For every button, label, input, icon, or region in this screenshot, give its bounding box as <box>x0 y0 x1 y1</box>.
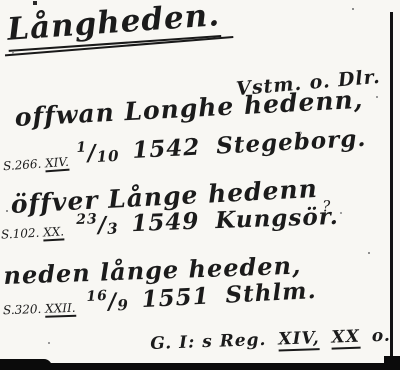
issue-place-2: Kungsör. <box>215 203 339 234</box>
fraction-slash: / <box>98 212 108 238</box>
citation-volume-xx: XX <box>331 327 360 350</box>
date-day-3: 16 <box>86 288 108 305</box>
attestation-1: 1/10 1542 Stegeborg. <box>76 125 367 167</box>
scan-edge-bottom <box>0 363 400 370</box>
archive-card: Långheden. Vstm. o. Dlr. offwan Longhe h… <box>0 0 400 370</box>
name-form-1: offwan Longhe hedenn, <box>14 85 364 132</box>
citation-conjunction: o. <box>371 326 391 347</box>
date-day-1: 1 <box>76 139 88 156</box>
source-volume-2: XX. <box>43 224 65 241</box>
citation-prefix: G. I: s Reg. <box>150 330 267 354</box>
query-mark: ? <box>322 197 332 215</box>
card-title-text: Långheden. <box>6 0 221 52</box>
source-volume-1: XIV. <box>45 155 70 173</box>
source-page-1: S.266. <box>3 157 42 174</box>
date-fraction-1: 1/10 <box>76 138 120 167</box>
source-ref-2: S.102. XX. <box>1 224 65 241</box>
date-year-3: 1551 <box>141 283 210 314</box>
date-fraction-3: 16/9 <box>86 287 129 316</box>
date-month-3: 9 <box>117 296 129 315</box>
source-page-2: S.102. <box>1 226 40 242</box>
fraction-slash: / <box>87 140 97 166</box>
source-volume-3: XXII. <box>45 301 76 318</box>
register-citation: G. I: s Reg. XIV, XX o. XXII. <box>150 323 400 354</box>
source-ref-1: S.266. XIV. <box>3 155 70 174</box>
date-fraction-2: 23/3 <box>76 211 119 239</box>
issue-place-1: Stegeborg. <box>216 125 367 160</box>
citation-volume-xiv: XIV, <box>278 328 320 351</box>
date-month-2: 3 <box>107 220 119 238</box>
date-month-1: 10 <box>96 147 120 166</box>
card-title: Långheden. <box>6 0 221 52</box>
source-page-3: S.320. <box>3 302 42 317</box>
scan-corner-bottom-right <box>384 356 400 370</box>
source-ref-3: S.320. XXII. <box>3 301 76 318</box>
date-day-2: 23 <box>76 211 98 228</box>
issue-place-3: Sthlm. <box>225 277 317 309</box>
fraction-slash: / <box>108 288 118 314</box>
scan-corner-bottom-left <box>0 359 52 370</box>
date-year-2: 1549 <box>131 208 200 237</box>
scan-edge-right <box>390 12 393 370</box>
paper-specks <box>0 0 2 2</box>
date-year-1: 1542 <box>132 134 201 165</box>
